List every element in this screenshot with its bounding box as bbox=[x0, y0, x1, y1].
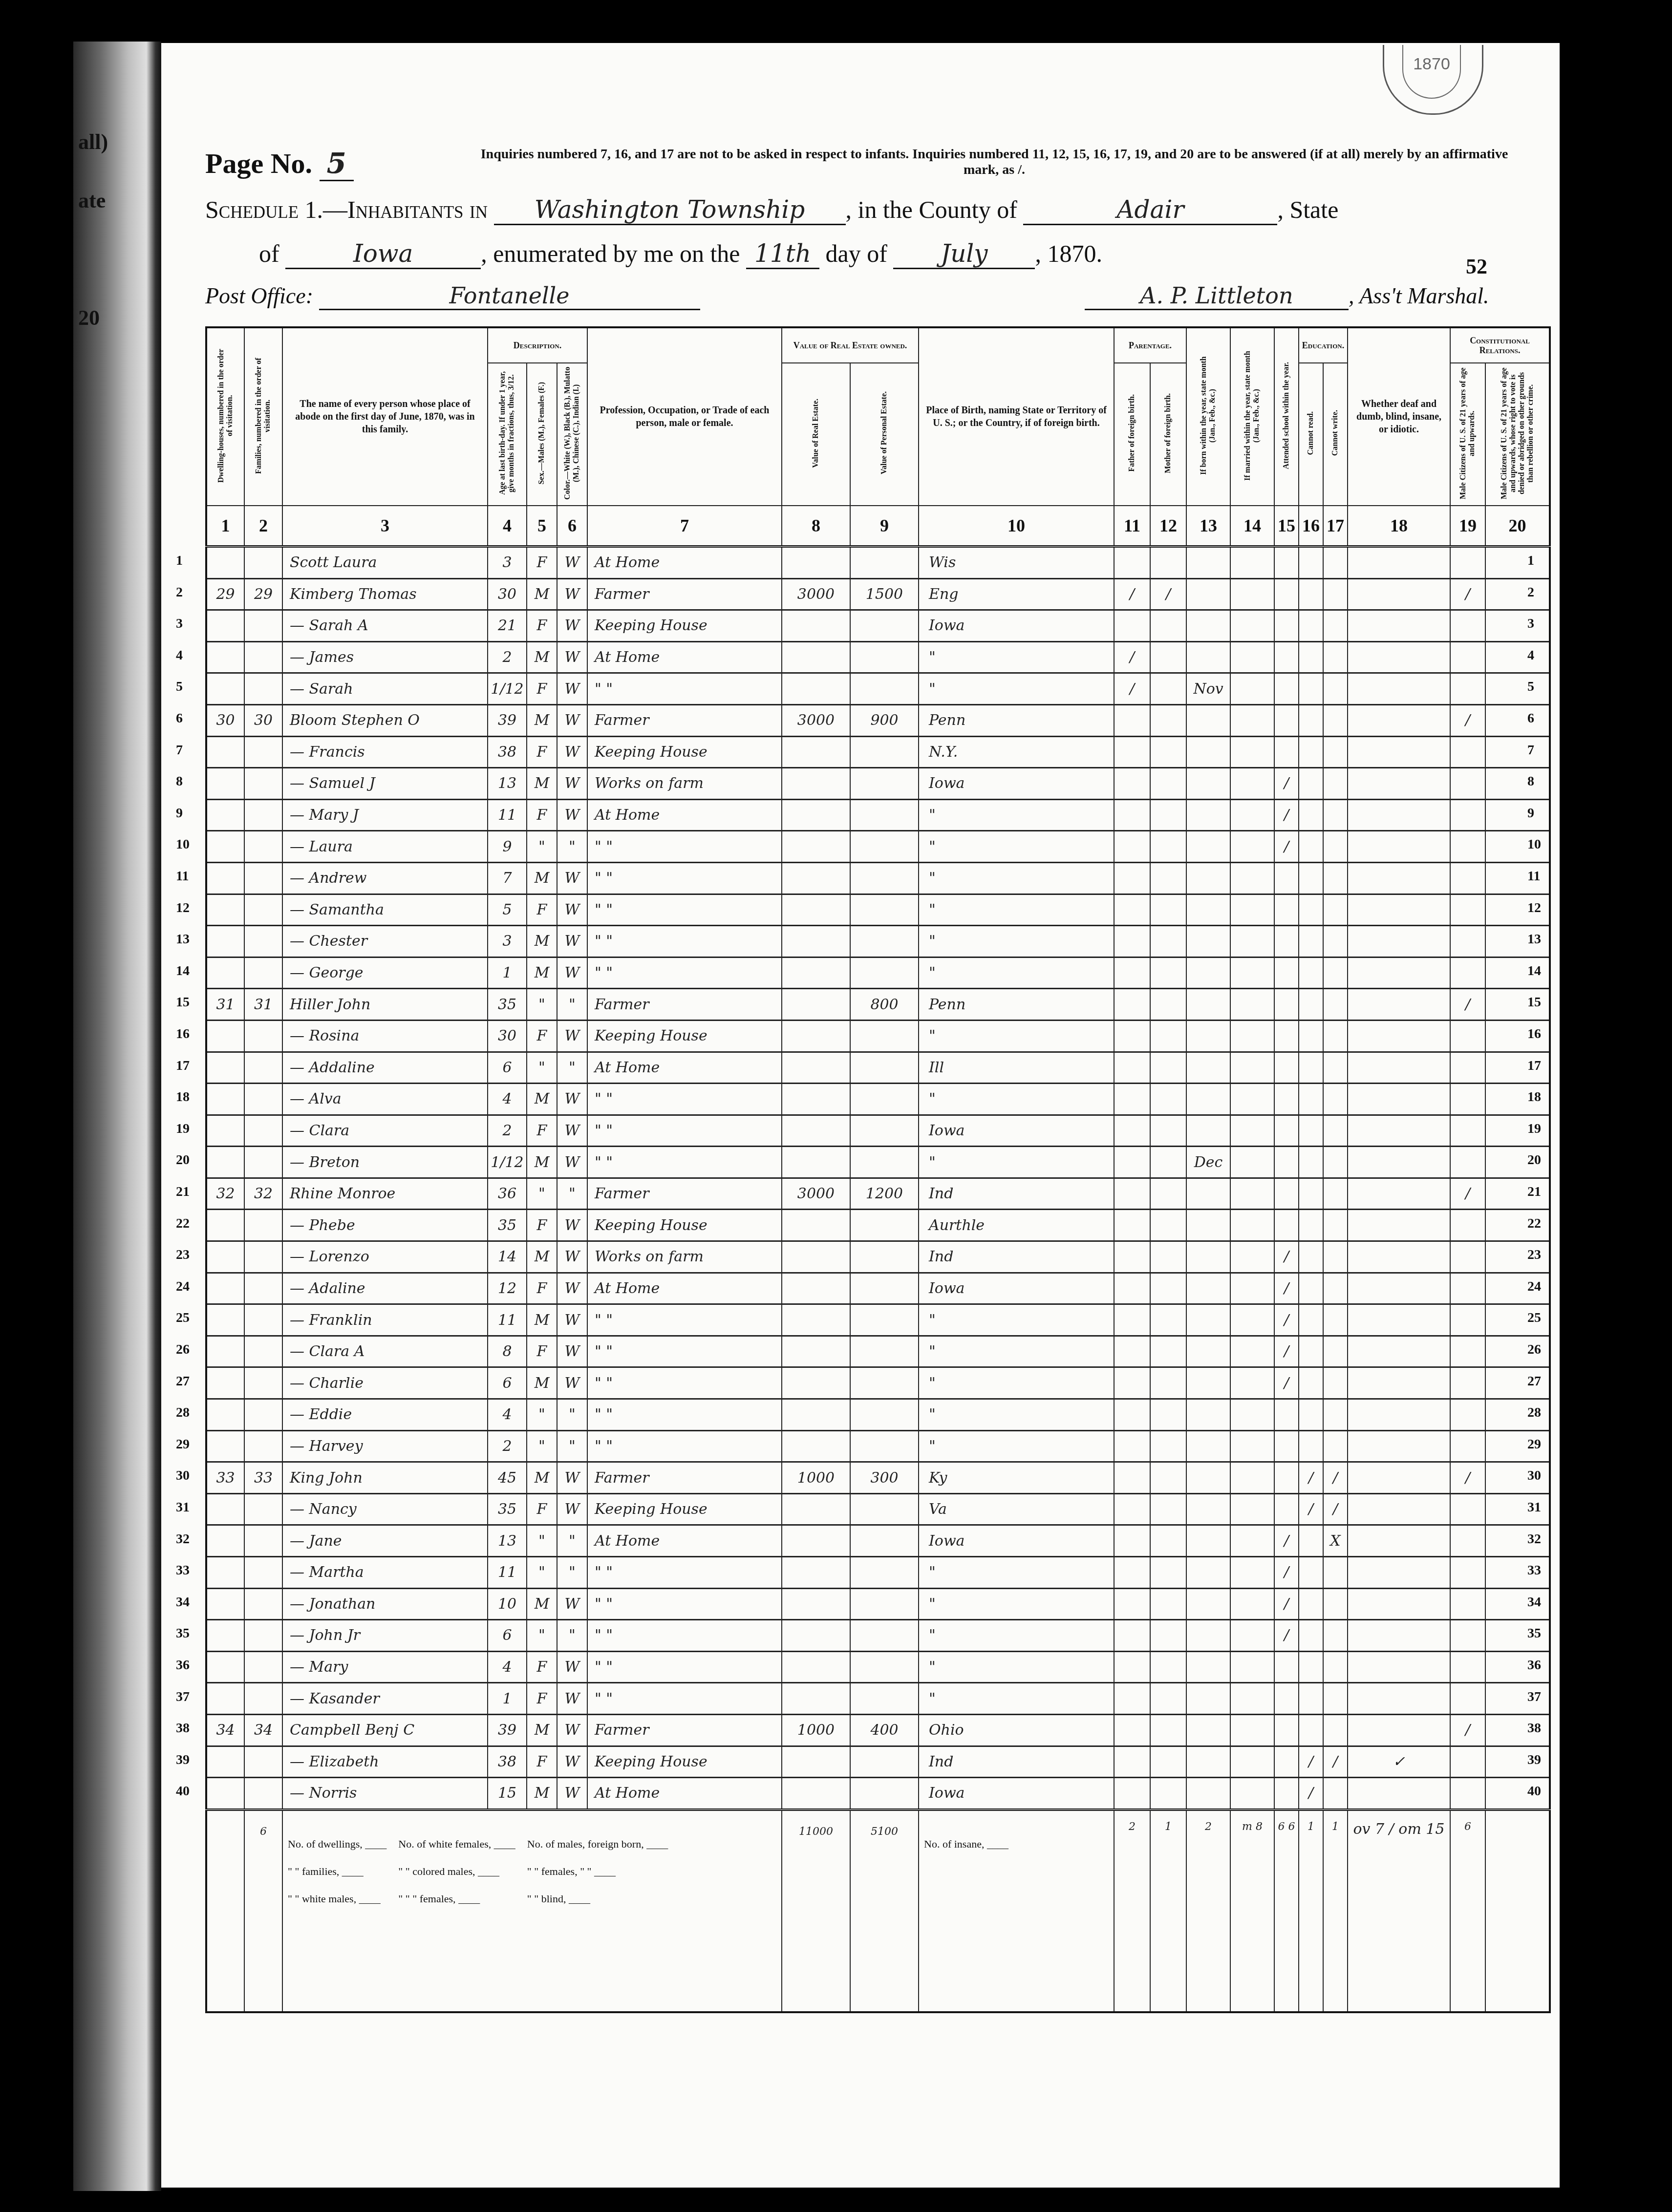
attended-school-cell bbox=[1274, 1210, 1299, 1241]
previous-page-fragment: all) bbox=[78, 129, 108, 154]
father-foreign-cell bbox=[1114, 957, 1150, 989]
line-number: 22 bbox=[1527, 1216, 1541, 1232]
male-citizen-cell bbox=[1450, 1273, 1485, 1304]
father-foreign-cell bbox=[1114, 1178, 1150, 1210]
enumeration-line: of Iowa, enumerated by me on the 11th da… bbox=[259, 239, 1102, 269]
occupation-cell: Keeping House bbox=[587, 1020, 782, 1052]
dwelling-number-cell bbox=[206, 1746, 244, 1778]
born-month-cell bbox=[1186, 1367, 1230, 1399]
age-cell: 35 bbox=[488, 1493, 527, 1525]
sex-cell: F bbox=[527, 1020, 557, 1052]
mother-foreign-cell bbox=[1150, 799, 1186, 831]
place-of-birth-cell: " bbox=[919, 1304, 1114, 1336]
attended-school-cell bbox=[1274, 1778, 1299, 1810]
line-number: 3 bbox=[1527, 616, 1534, 632]
deaf-blind-cell bbox=[1348, 862, 1450, 894]
cannot-read-cell: / bbox=[1299, 1778, 1323, 1810]
line-number: 26 bbox=[176, 1342, 190, 1358]
cannot-read-cell bbox=[1299, 831, 1323, 863]
cannot-read-cell bbox=[1299, 894, 1323, 926]
place-of-birth-cell: " bbox=[919, 1588, 1114, 1620]
real-estate-value-cell bbox=[782, 1241, 850, 1273]
table-row: — Sarah1/12FW" ""/Nov bbox=[206, 673, 1550, 705]
person-name-cell: King John bbox=[282, 1462, 488, 1494]
personal-estate-value-cell bbox=[850, 1399, 919, 1431]
occupation-cell: " " bbox=[587, 1620, 782, 1652]
cannot-write-cell: / bbox=[1323, 1746, 1348, 1778]
occupation-cell: Keeping House bbox=[587, 610, 782, 642]
personal-estate-value-cell bbox=[850, 799, 919, 831]
cannot-read-cell: / bbox=[1299, 1746, 1323, 1778]
cannot-write-cell: / bbox=[1323, 1493, 1348, 1525]
color-cell: W bbox=[557, 1588, 587, 1620]
born-month-cell bbox=[1186, 1778, 1230, 1810]
deaf-blind-cell bbox=[1348, 1588, 1450, 1620]
cannot-write-cell bbox=[1323, 1273, 1348, 1304]
age-cell: 1/12 bbox=[488, 1147, 527, 1178]
family-number-cell bbox=[244, 1336, 282, 1367]
line-number: 22 bbox=[176, 1216, 190, 1232]
sex-cell: M bbox=[527, 1367, 557, 1399]
cannot-read-cell bbox=[1299, 957, 1323, 989]
cannot-write-cell bbox=[1323, 1178, 1348, 1210]
personal-estate-value-cell bbox=[850, 1367, 919, 1399]
place-of-birth-cell: " bbox=[919, 1557, 1114, 1589]
mother-foreign-cell bbox=[1150, 1778, 1186, 1810]
cannot-read-cell bbox=[1299, 673, 1323, 705]
person-name-cell: — Breton bbox=[282, 1147, 488, 1178]
header-col20: Male Citizens of U. S. of 21 years of ag… bbox=[1485, 363, 1550, 506]
cannot-read-cell bbox=[1299, 1020, 1323, 1052]
table-row: — Rosina30FWKeeping House" bbox=[206, 1020, 1550, 1052]
line-number: 15 bbox=[1527, 995, 1541, 1010]
mother-foreign-cell bbox=[1150, 1052, 1186, 1084]
occupation-cell: " " bbox=[587, 926, 782, 957]
family-number-cell bbox=[244, 736, 282, 768]
sex-cell: " bbox=[527, 1430, 557, 1462]
deaf-blind-cell bbox=[1348, 1020, 1450, 1052]
color-cell: W bbox=[557, 1210, 587, 1241]
personal-estate-value-cell: 1200 bbox=[850, 1178, 919, 1210]
line-number: 39 bbox=[1527, 1752, 1541, 1768]
place-of-birth-cell: " bbox=[919, 957, 1114, 989]
place-of-birth-cell: " bbox=[919, 641, 1114, 673]
dwelling-number-cell bbox=[206, 736, 244, 768]
place-of-birth-cell: " bbox=[919, 1084, 1114, 1115]
cannot-write-cell bbox=[1323, 610, 1348, 642]
male-citizen-cell bbox=[1450, 1651, 1485, 1683]
mother-foreign-cell bbox=[1150, 1430, 1186, 1462]
totals-real-estate: 11000 bbox=[782, 1809, 850, 2012]
real-estate-value-cell bbox=[782, 1336, 850, 1367]
occupation-cell: " " bbox=[587, 1115, 782, 1147]
real-estate-value-cell bbox=[782, 641, 850, 673]
header-col19: Male Citizens of U. S. of 21 years of ag… bbox=[1450, 363, 1485, 506]
married-month-cell bbox=[1230, 989, 1274, 1021]
county-label: , in the County of bbox=[846, 196, 1017, 223]
age-cell: 15 bbox=[488, 1778, 527, 1810]
family-number-cell bbox=[244, 547, 282, 579]
cannot-read-cell bbox=[1299, 1304, 1323, 1336]
dwelling-number-cell bbox=[206, 799, 244, 831]
attended-school-cell bbox=[1274, 1651, 1299, 1683]
father-foreign-cell bbox=[1114, 1304, 1150, 1336]
post-office-line: Post Office: Fontanelle bbox=[205, 282, 700, 310]
mother-foreign-cell: / bbox=[1150, 578, 1186, 610]
mother-foreign-cell bbox=[1150, 610, 1186, 642]
table-row: — James2MWAt Home"/ bbox=[206, 641, 1550, 673]
family-number-cell bbox=[244, 641, 282, 673]
married-month-cell bbox=[1230, 1210, 1274, 1241]
attended-school-cell: / bbox=[1274, 1620, 1299, 1652]
vote-denied-cell bbox=[1485, 547, 1550, 579]
person-name-cell: — George bbox=[282, 957, 488, 989]
vote-denied-cell bbox=[1485, 736, 1550, 768]
deaf-blind-cell bbox=[1348, 1399, 1450, 1431]
occupation-cell: " " bbox=[587, 673, 782, 705]
color-cell: W bbox=[557, 1273, 587, 1304]
male-citizen-cell: / bbox=[1450, 704, 1485, 736]
real-estate-value-cell bbox=[782, 799, 850, 831]
cannot-write-cell bbox=[1323, 989, 1348, 1021]
mother-foreign-cell bbox=[1150, 768, 1186, 800]
cannot-write-cell bbox=[1323, 1304, 1348, 1336]
real-estate-value-cell bbox=[782, 957, 850, 989]
table-row: — Francis38FWKeeping HouseN.Y. bbox=[206, 736, 1550, 768]
column-number: 13 bbox=[1186, 506, 1230, 547]
sex-cell: " bbox=[527, 1525, 557, 1557]
married-month-cell bbox=[1230, 1683, 1274, 1715]
cannot-write-cell: X bbox=[1323, 1525, 1348, 1557]
cannot-write-cell bbox=[1323, 704, 1348, 736]
attended-school-cell: / bbox=[1274, 1336, 1299, 1367]
cannot-read-cell bbox=[1299, 1178, 1323, 1210]
line-number: 12 bbox=[176, 900, 190, 916]
family-number-cell bbox=[244, 610, 282, 642]
sex-cell: F bbox=[527, 1683, 557, 1715]
attended-school-cell bbox=[1274, 1147, 1299, 1178]
dwelling-number-cell bbox=[206, 1651, 244, 1683]
married-month-cell bbox=[1230, 1651, 1274, 1683]
color-cell: W bbox=[557, 1714, 587, 1746]
family-number-cell bbox=[244, 1210, 282, 1241]
father-foreign-cell bbox=[1114, 862, 1150, 894]
marshal-label: , Ass't Marshal. bbox=[1349, 283, 1489, 308]
family-number-cell bbox=[244, 1241, 282, 1273]
occupation-cell: " " bbox=[587, 957, 782, 989]
place-of-birth-cell: " bbox=[919, 926, 1114, 957]
male-citizen-cell bbox=[1450, 1746, 1485, 1778]
color-cell: W bbox=[557, 926, 587, 957]
family-number-cell bbox=[244, 1399, 282, 1431]
line-number: 24 bbox=[176, 1279, 190, 1295]
place-of-birth-cell: " bbox=[919, 799, 1114, 831]
born-month-cell: Dec bbox=[1186, 1147, 1230, 1178]
table-row: — Laura9""" ""/ bbox=[206, 831, 1550, 863]
cannot-write-cell bbox=[1323, 1147, 1348, 1178]
totals-cannot-write: 1 bbox=[1323, 1809, 1348, 2012]
age-cell: 7 bbox=[488, 862, 527, 894]
dwelling-number-cell bbox=[206, 1115, 244, 1147]
place-of-birth-cell: Iowa bbox=[919, 768, 1114, 800]
dwelling-number-cell bbox=[206, 1147, 244, 1178]
line-number: 17 bbox=[176, 1058, 190, 1074]
cannot-read-cell bbox=[1299, 1052, 1323, 1084]
header-col14: If married within the year, state month … bbox=[1230, 327, 1274, 506]
color-cell: " bbox=[557, 1399, 587, 1431]
dwelling-number-cell bbox=[206, 862, 244, 894]
cannot-read-cell bbox=[1299, 641, 1323, 673]
table-row: — Eddie4""" "" bbox=[206, 1399, 1550, 1431]
previous-page-edge: all) ate 20 bbox=[73, 42, 151, 2191]
age-cell: 21 bbox=[488, 610, 527, 642]
family-number-cell bbox=[244, 1557, 282, 1589]
color-cell: " bbox=[557, 1557, 587, 1589]
column-number: 17 bbox=[1323, 506, 1348, 547]
color-cell: " bbox=[557, 1525, 587, 1557]
age-cell: 4 bbox=[488, 1399, 527, 1431]
sex-cell: M bbox=[527, 1084, 557, 1115]
married-month-cell bbox=[1230, 1178, 1274, 1210]
real-estate-value-cell bbox=[782, 926, 850, 957]
line-number: 14 bbox=[176, 963, 190, 979]
father-foreign-cell bbox=[1114, 1210, 1150, 1241]
table-row: 2929Kimberg Thomas30MWFarmer30001500Eng/… bbox=[206, 578, 1550, 610]
line-number: 31 bbox=[176, 1500, 190, 1515]
father-foreign-cell bbox=[1114, 1620, 1150, 1652]
attended-school-cell: / bbox=[1274, 1557, 1299, 1589]
person-name-cell: — Martha bbox=[282, 1557, 488, 1589]
person-name-cell: — Samantha bbox=[282, 894, 488, 926]
cannot-read-cell bbox=[1299, 1651, 1323, 1683]
cannot-write-cell bbox=[1323, 1052, 1348, 1084]
real-estate-value-cell bbox=[782, 1493, 850, 1525]
deaf-blind-cell bbox=[1348, 989, 1450, 1021]
cannot-read-cell bbox=[1299, 926, 1323, 957]
male-citizen-cell bbox=[1450, 1493, 1485, 1525]
color-cell: W bbox=[557, 547, 587, 579]
family-number-cell bbox=[244, 1746, 282, 1778]
column-number: 5 bbox=[527, 506, 557, 547]
color-cell: " bbox=[557, 1430, 587, 1462]
attended-school-cell: / bbox=[1274, 1588, 1299, 1620]
real-estate-value-cell bbox=[782, 547, 850, 579]
vote-denied-cell bbox=[1485, 610, 1550, 642]
married-month-cell bbox=[1230, 1336, 1274, 1367]
cannot-write-cell bbox=[1323, 1430, 1348, 1462]
attended-school-cell: / bbox=[1274, 1304, 1299, 1336]
table-row: — Charlie6MW" ""/ bbox=[206, 1367, 1550, 1399]
cannot-write-cell bbox=[1323, 1367, 1348, 1399]
place-of-birth-cell: Ind bbox=[919, 1746, 1114, 1778]
personal-estate-value-cell bbox=[850, 1241, 919, 1273]
born-month-cell bbox=[1186, 1210, 1230, 1241]
mother-foreign-cell bbox=[1150, 1620, 1186, 1652]
place-of-birth-cell: Iowa bbox=[919, 1273, 1114, 1304]
person-name-cell: — Kasander bbox=[282, 1683, 488, 1715]
deaf-blind-cell bbox=[1348, 704, 1450, 736]
deaf-blind-cell bbox=[1348, 1557, 1450, 1589]
attended-school-cell bbox=[1274, 1399, 1299, 1431]
table-row: — Samantha5FW" "" bbox=[206, 894, 1550, 926]
line-number: 10 bbox=[1527, 837, 1541, 852]
table-row: — Samuel J13MWWorks on farmIowa/ bbox=[206, 768, 1550, 800]
personal-estate-value-cell bbox=[850, 768, 919, 800]
real-estate-value-cell bbox=[782, 1746, 850, 1778]
male-citizen-cell bbox=[1450, 926, 1485, 957]
dwelling-number-cell bbox=[206, 641, 244, 673]
cannot-read-cell bbox=[1299, 1273, 1323, 1304]
cannot-write-cell bbox=[1323, 831, 1348, 863]
born-month-cell bbox=[1186, 641, 1230, 673]
born-month-cell bbox=[1186, 704, 1230, 736]
line-number: 19 bbox=[176, 1121, 190, 1137]
personal-estate-value-cell bbox=[850, 862, 919, 894]
line-number: 13 bbox=[1527, 932, 1541, 947]
person-name-cell: — Andrew bbox=[282, 862, 488, 894]
table-row: — Mary4FW" "" bbox=[206, 1651, 1550, 1683]
cannot-write-cell bbox=[1323, 926, 1348, 957]
personal-estate-value-cell: 1500 bbox=[850, 578, 919, 610]
deaf-blind-cell bbox=[1348, 1336, 1450, 1367]
place-of-birth-cell: " bbox=[919, 831, 1114, 863]
personal-estate-value-cell bbox=[850, 1493, 919, 1525]
line-number: 18 bbox=[1527, 1089, 1541, 1105]
cannot-read-cell bbox=[1299, 862, 1323, 894]
born-month-cell bbox=[1186, 578, 1230, 610]
father-foreign-cell bbox=[1114, 1778, 1150, 1810]
color-cell: W bbox=[557, 673, 587, 705]
personal-estate-value-cell bbox=[850, 1115, 919, 1147]
personal-estate-value-cell bbox=[850, 1683, 919, 1715]
mother-foreign-cell bbox=[1150, 736, 1186, 768]
color-cell: W bbox=[557, 1651, 587, 1683]
cannot-write-cell bbox=[1323, 1336, 1348, 1367]
male-citizen-cell bbox=[1450, 1241, 1485, 1273]
table-row: — Harvey2""" "" bbox=[206, 1430, 1550, 1462]
father-foreign-cell bbox=[1114, 1430, 1150, 1462]
real-estate-value-cell bbox=[782, 1399, 850, 1431]
male-citizen-cell bbox=[1450, 1557, 1485, 1589]
line-number: 4 bbox=[176, 648, 183, 663]
place-of-birth-cell: Ind bbox=[919, 1241, 1114, 1273]
age-cell: 2 bbox=[488, 1430, 527, 1462]
occupation-cell: " " bbox=[587, 1399, 782, 1431]
father-foreign-cell bbox=[1114, 1683, 1150, 1715]
sex-cell: F bbox=[527, 736, 557, 768]
age-cell: 3 bbox=[488, 926, 527, 957]
father-foreign-cell bbox=[1114, 1493, 1150, 1525]
personal-estate-value-cell bbox=[850, 1147, 919, 1178]
totals-dwellings-count: 6 bbox=[244, 1809, 282, 2012]
color-cell: W bbox=[557, 1336, 587, 1367]
occupation-cell: Works on farm bbox=[587, 1241, 782, 1273]
person-name-cell: — Charlie bbox=[282, 1367, 488, 1399]
family-number-cell bbox=[244, 894, 282, 926]
male-citizen-cell bbox=[1450, 957, 1485, 989]
born-month-cell bbox=[1186, 1746, 1230, 1778]
sex-cell: M bbox=[527, 926, 557, 957]
day-of-label: day of bbox=[826, 240, 887, 267]
family-number-cell bbox=[244, 1084, 282, 1115]
mother-foreign-cell bbox=[1150, 957, 1186, 989]
table-row: — Kasander1FW" "" bbox=[206, 1683, 1550, 1715]
place-of-birth-cell: Penn bbox=[919, 989, 1114, 1021]
sex-cell: F bbox=[527, 673, 557, 705]
cannot-read-cell bbox=[1299, 1557, 1323, 1589]
line-number: 1 bbox=[1527, 553, 1534, 569]
real-estate-value-cell bbox=[782, 1367, 850, 1399]
family-number-cell bbox=[244, 1147, 282, 1178]
born-month-cell bbox=[1186, 989, 1230, 1021]
sex-cell: F bbox=[527, 894, 557, 926]
place-of-birth-cell: N.Y. bbox=[919, 736, 1114, 768]
father-foreign-cell bbox=[1114, 610, 1150, 642]
born-month-cell bbox=[1186, 831, 1230, 863]
line-number: 40 bbox=[1527, 1784, 1541, 1799]
family-number-cell bbox=[244, 1020, 282, 1052]
attended-school-cell: / bbox=[1274, 799, 1299, 831]
vote-denied-cell bbox=[1485, 578, 1550, 610]
age-cell: 39 bbox=[488, 1714, 527, 1746]
person-name-cell: Kimberg Thomas bbox=[282, 578, 488, 610]
line-number: 18 bbox=[176, 1089, 190, 1105]
dwelling-number-cell bbox=[206, 1241, 244, 1273]
totals-deaf-blind: ov 7 / om 15 bbox=[1348, 1809, 1450, 2012]
family-number-cell: 34 bbox=[244, 1714, 282, 1746]
family-number-cell bbox=[244, 1683, 282, 1715]
occupation-cell: " " bbox=[587, 831, 782, 863]
real-estate-value-cell bbox=[782, 989, 850, 1021]
father-foreign-cell bbox=[1114, 547, 1150, 579]
table-row: 3232Rhine Monroe36""Farmer30001200Ind/ bbox=[206, 1178, 1550, 1210]
attended-school-cell: / bbox=[1274, 1241, 1299, 1273]
sex-cell: M bbox=[527, 1778, 557, 1810]
line-number: 21 bbox=[176, 1184, 190, 1200]
place-of-birth-cell: Penn bbox=[919, 704, 1114, 736]
color-cell: " bbox=[557, 1178, 587, 1210]
married-month-cell bbox=[1230, 1115, 1274, 1147]
line-number: 21 bbox=[1527, 1184, 1541, 1200]
place-of-birth-cell: " bbox=[919, 1336, 1114, 1367]
born-month-cell bbox=[1186, 957, 1230, 989]
deaf-blind-cell bbox=[1348, 1620, 1450, 1652]
attended-school-cell bbox=[1274, 1178, 1299, 1210]
personal-estate-value-cell bbox=[850, 1588, 919, 1620]
attended-school-cell bbox=[1274, 1430, 1299, 1462]
male-citizen-cell: / bbox=[1450, 1178, 1485, 1210]
attended-school-cell bbox=[1274, 894, 1299, 926]
line-number: 40 bbox=[176, 1784, 190, 1799]
male-citizen-cell: / bbox=[1450, 1714, 1485, 1746]
place-of-birth-cell: " bbox=[919, 1147, 1114, 1178]
mother-foreign-cell bbox=[1150, 862, 1186, 894]
line-number: 11 bbox=[1527, 869, 1540, 884]
cannot-write-cell bbox=[1323, 799, 1348, 831]
occupation-cell: Keeping House bbox=[587, 1210, 782, 1241]
married-month-cell bbox=[1230, 1399, 1274, 1431]
family-number-cell: 30 bbox=[244, 704, 282, 736]
father-foreign-cell bbox=[1114, 1241, 1150, 1273]
person-name-cell: — Nancy bbox=[282, 1493, 488, 1525]
married-month-cell bbox=[1230, 1084, 1274, 1115]
real-estate-value-cell bbox=[782, 1210, 850, 1241]
cannot-write-cell bbox=[1323, 1778, 1348, 1810]
line-number: 23 bbox=[1527, 1247, 1541, 1263]
totals-school: 6 6 bbox=[1274, 1809, 1299, 2012]
mother-foreign-cell bbox=[1150, 641, 1186, 673]
age-cell: 13 bbox=[488, 768, 527, 800]
